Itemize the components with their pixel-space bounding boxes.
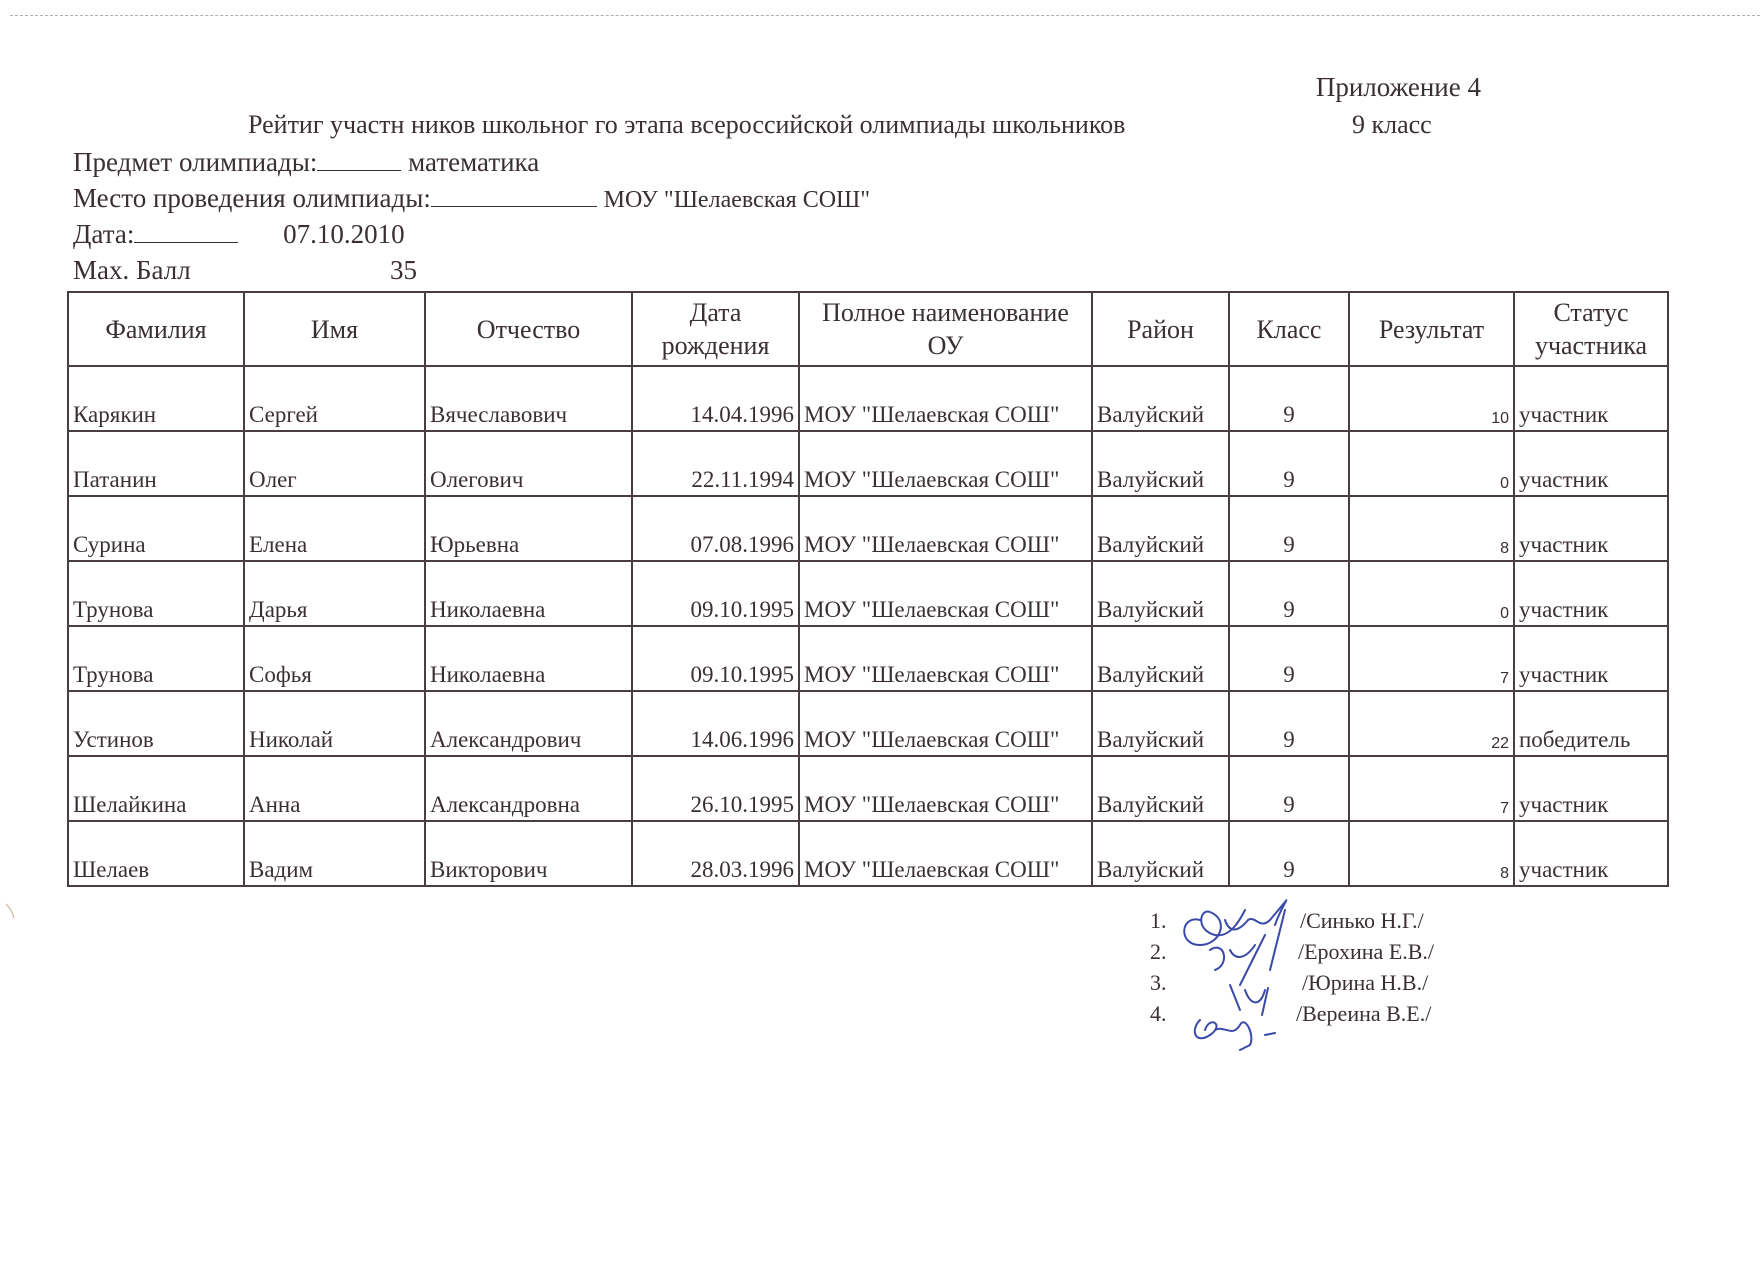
grade-label: 9 класс	[1352, 110, 1432, 140]
table-row: ТруноваСофьяНиколаевна09.10.1995МОУ "Шел…	[68, 626, 1668, 691]
cell-school: МОУ "Шелаевская СОШ"	[799, 496, 1092, 561]
cell-name: Сергей	[244, 366, 425, 431]
cell-result: 0	[1349, 431, 1514, 496]
cell-birth-date: 14.04.1996	[632, 366, 799, 431]
results-table: Фамилия Имя Отчество Датарождения Полное…	[67, 291, 1669, 887]
document-title: Рейтиг участн ников школьног го этапа вс…	[248, 110, 1125, 140]
cell-name: Анна	[244, 756, 425, 821]
date-line: Дата: 07.10.2010	[73, 219, 405, 250]
scan-mark	[4, 902, 24, 932]
table-row: УстиновНиколайАлександрович14.06.1996МОУ…	[68, 691, 1668, 756]
cell-status: участник	[1514, 756, 1668, 821]
table-header-row: Фамилия Имя Отчество Датарождения Полное…	[68, 292, 1668, 366]
cell-status: участник	[1514, 561, 1668, 626]
cell-birth-date: 14.06.1996	[632, 691, 799, 756]
cell-result: 10	[1349, 366, 1514, 431]
date-value: 07.10.2010	[283, 219, 405, 250]
table-row: СуринаЕленаЮрьевна07.08.1996МОУ "Шелаевс…	[68, 496, 1668, 561]
cell-patronymic: Олегович	[425, 431, 632, 496]
cell-school: МОУ "Шелаевская СОШ"	[799, 821, 1092, 886]
subject-blank	[317, 148, 401, 171]
date-blank	[134, 220, 238, 243]
cell-district: Валуйский	[1092, 496, 1229, 561]
cell-grade: 9	[1229, 691, 1349, 756]
table-row: ТруноваДарьяНиколаевна09.10.1995МОУ "Шел…	[68, 561, 1668, 626]
cell-birth-date: 09.10.1995	[632, 626, 799, 691]
cell-result: 8	[1349, 496, 1514, 561]
signer-name: /Синько Н.Г./	[1300, 905, 1424, 936]
cell-surname: Шелайкина	[68, 756, 244, 821]
table-row: ШелайкинаАннаАлександровна26.10.1995МОУ …	[68, 756, 1668, 821]
cell-name: Николай	[244, 691, 425, 756]
cell-status: участник	[1514, 496, 1668, 561]
cell-district: Валуйский	[1092, 366, 1229, 431]
table-row: КарякинСергейВячеславович14.04.1996МОУ "…	[68, 366, 1668, 431]
cell-school: МОУ "Шелаевская СОШ"	[799, 691, 1092, 756]
cell-grade: 9	[1229, 496, 1349, 561]
cell-surname: Патанин	[68, 431, 244, 496]
cell-patronymic: Николаевна	[425, 561, 632, 626]
cell-grade: 9	[1229, 626, 1349, 691]
date-label: Дата:	[73, 219, 134, 249]
subject-value: математика	[408, 147, 539, 178]
signer-name: /Вереина В.Е./	[1296, 998, 1431, 1029]
max-score-line: Мах. Балл 35	[73, 255, 191, 286]
cell-birth-date: 07.08.1996	[632, 496, 799, 561]
cell-name: Дарья	[244, 561, 425, 626]
header-school: Полное наименованиеОУ	[799, 292, 1092, 366]
cell-name: Елена	[244, 496, 425, 561]
cell-result: 22	[1349, 691, 1514, 756]
cell-status: участник	[1514, 366, 1668, 431]
cell-district: Валуйский	[1092, 821, 1229, 886]
cell-patronymic: Александрович	[425, 691, 632, 756]
cell-status: участник	[1514, 431, 1668, 496]
cell-result: 8	[1349, 821, 1514, 886]
cell-school: МОУ "Шелаевская СОШ"	[799, 561, 1092, 626]
cell-school: МОУ "Шелаевская СОШ"	[799, 626, 1092, 691]
cell-grade: 9	[1229, 431, 1349, 496]
venue-label: Место проведения олимпиады:	[73, 183, 431, 213]
table-row: ШелаевВадимВикторович28.03.1996МОУ "Шела…	[68, 821, 1668, 886]
header-name: Имя	[244, 292, 425, 366]
header-grade: Класс	[1229, 292, 1349, 366]
cell-name: Олег	[244, 431, 425, 496]
cell-result: 7	[1349, 756, 1514, 821]
cell-surname: Трунова	[68, 626, 244, 691]
cell-patronymic: Николаевна	[425, 626, 632, 691]
max-score-value: 35	[390, 255, 417, 286]
cell-result: 0	[1349, 561, 1514, 626]
venue-line: Место проведения олимпиады: МОУ "Шелаевс…	[73, 183, 870, 214]
cell-birth-date: 28.03.1996	[632, 821, 799, 886]
cell-school: МОУ "Шелаевская СОШ"	[799, 366, 1092, 431]
subject-line: Предмет олимпиады: математика	[73, 147, 539, 178]
cell-status: победитель	[1514, 691, 1668, 756]
venue-blank	[431, 184, 597, 207]
cell-school: МОУ "Шелаевская СОШ"	[799, 431, 1092, 496]
signer-name: /Ерохина Е.В./	[1298, 936, 1434, 967]
cell-birth-date: 09.10.1995	[632, 561, 799, 626]
cell-surname: Устинов	[68, 691, 244, 756]
cell-grade: 9	[1229, 821, 1349, 886]
header-district: Район	[1092, 292, 1229, 366]
header-birth-date: Датарождения	[632, 292, 799, 366]
cell-birth-date: 22.11.1994	[632, 431, 799, 496]
cell-surname: Шелаев	[68, 821, 244, 886]
cell-district: Валуйский	[1092, 626, 1229, 691]
cell-grade: 9	[1229, 756, 1349, 821]
cell-grade: 9	[1229, 561, 1349, 626]
cell-birth-date: 26.10.1995	[632, 756, 799, 821]
header-patronymic: Отчество	[425, 292, 632, 366]
cell-patronymic: Юрьевна	[425, 496, 632, 561]
cell-surname: Сурина	[68, 496, 244, 561]
cell-school: МОУ "Шелаевская СОШ"	[799, 756, 1092, 821]
header-surname: Фамилия	[68, 292, 244, 366]
cell-grade: 9	[1229, 366, 1349, 431]
cell-name: Вадим	[244, 821, 425, 886]
cell-patronymic: Вячеславович	[425, 366, 632, 431]
header-status: Статусучастника	[1514, 292, 1668, 366]
table-row: ПатанинОлегОлегович22.11.1994МОУ "Шелаев…	[68, 431, 1668, 496]
cell-status: участник	[1514, 626, 1668, 691]
cell-district: Валуйский	[1092, 756, 1229, 821]
handwritten-signatures	[1170, 890, 1320, 1060]
appendix-label: Приложение 4	[1316, 72, 1481, 103]
max-score-label: Мах. Балл	[73, 255, 191, 285]
cell-patronymic: Александровна	[425, 756, 632, 821]
subject-label: Предмет олимпиады:	[73, 147, 317, 177]
cell-district: Валуйский	[1092, 691, 1229, 756]
cell-district: Валуйский	[1092, 431, 1229, 496]
cell-surname: Карякин	[68, 366, 244, 431]
cell-status: участник	[1514, 821, 1668, 886]
cell-patronymic: Викторович	[425, 821, 632, 886]
cell-district: Валуйский	[1092, 561, 1229, 626]
cell-name: Софья	[244, 626, 425, 691]
header-result: Результат	[1349, 292, 1514, 366]
scan-edge-line	[10, 15, 1760, 16]
signer-name: /Юрина Н.В./	[1302, 967, 1428, 998]
cell-result: 7	[1349, 626, 1514, 691]
cell-surname: Трунова	[68, 561, 244, 626]
venue-value: МОУ "Шелаевская СОШ"	[604, 187, 870, 214]
